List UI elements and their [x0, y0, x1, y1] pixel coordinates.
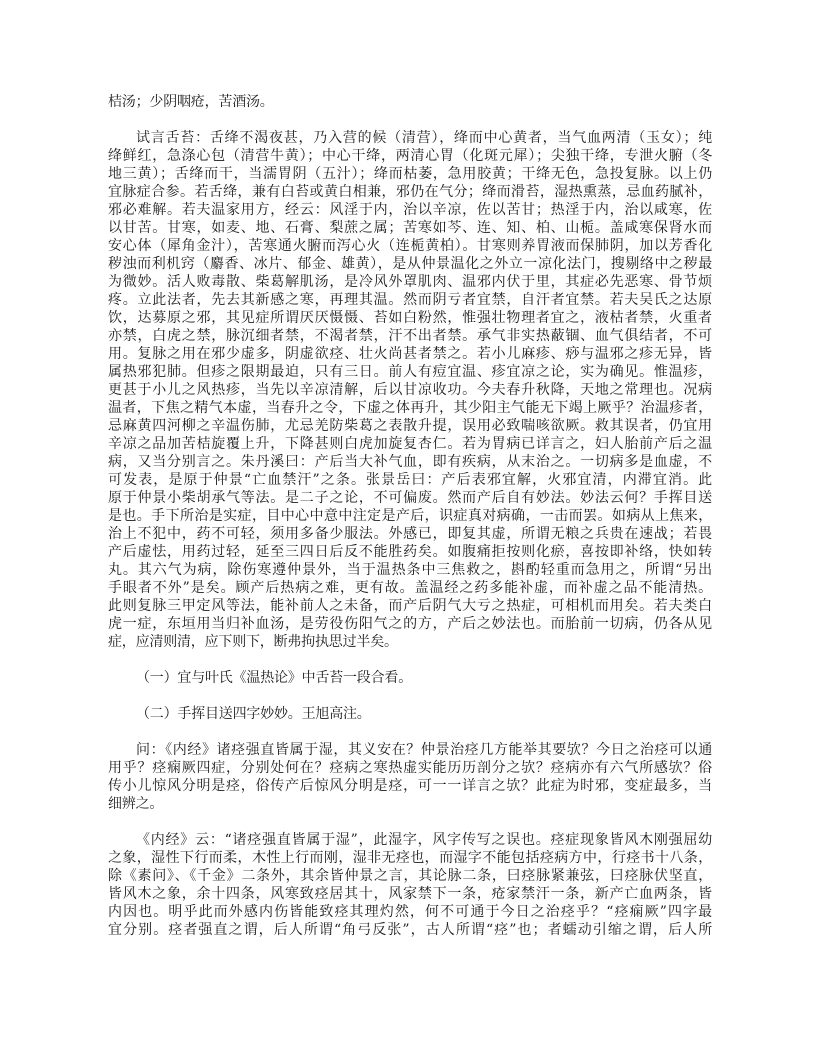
text-line: 辛凉之品加苦桔旋覆上升，下降甚则白虎加旋复杏仁。若为胃病已详言之，妇人胎前产后之… [108, 435, 712, 453]
text-line: 亦禁，白虎之禁，脉沉细者禁，不渴者禁，汗不出者禁。承气非实热蔽锢、血气俱结者，不… [108, 327, 712, 345]
text-line: 用。复脉之用在邪少虚多，阴虚欲痉、壮火尚甚者禁之。若小儿麻疹、痧与温邪之疹无异，… [108, 345, 712, 363]
paragraph-gap [108, 687, 712, 705]
text-line: 温者，下焦之精气本虚，当春升之令，下虚之体再升，其少阳主气能无下竭上厥乎？治温疹… [108, 399, 712, 417]
paragraph-answer: 《内经》云：“诸痉强直皆属于湿”，此湿字，风字传写之误也。痉症现象皆风木刚强屈幼… [108, 831, 712, 939]
text-line: 内因也。明乎此而外感内伤皆能致痉其理灼然，何不可通于今日之治痉乎？“痉痫厥”四字… [108, 903, 712, 921]
text-line: 疼。立此法者，先去其新感之寒，再理其温。然而阴亏者宜禁，自汗者宜禁。若夫吴氏之达… [108, 291, 712, 309]
text-line: 忌麻黄四河柳之辛温伤肺，尤忌羌防柴葛之表散升提，误用必致喘咳欲厥。救其误者，仍宜… [108, 417, 712, 435]
text-line: 属热邪犯肺。但疹之限期最迫，只有三日。前人有痘宜温、疹宜凉之论，实为确见。惟温疹… [108, 363, 712, 381]
document-page: 桔汤；少阴咽疮，苦酒汤。 试言舌苔：舌绛不渴夜甚，乃入营的候（清营），绛而中心黄… [108, 93, 712, 939]
text-line: 皆风木之象，余十四条，风寒致痉居其十，风家禁下一条，疮家禁汗一条，新产亡血两条，… [108, 885, 712, 903]
text-line: 绛鲜红，急涤心包（清营牛黄）；中心干绛，两清心胃（化斑元犀）；尖独干绛，专泄火腑… [108, 147, 712, 165]
text-line: 虎一症，东垣用当归补血汤，是劳役伤阳气之的方，产后之妙法也。而胎前一切病，仍各从… [108, 615, 712, 633]
text-line: 细辨之。 [108, 795, 712, 813]
text-line: （二）手挥目送四字妙妙。王旭高注。 [108, 705, 712, 723]
text-line: 此则复脉三甲定风等法，能补前人之未备，而产后阴气大亏之热症，可相机而用矣。若夫类… [108, 597, 712, 615]
text-line: 以甘苦。甘寒，如麦、地、石膏、梨蔗之属；苦寒如芩、连、知、柏、山栀。盖咸寒保肾水… [108, 219, 712, 237]
text-line: 为微妙。活人败毒散、柴葛解肌汤，是冷风外罩肌肉、温邪内伏于里，其症必先恶寒、骨节… [108, 273, 712, 291]
text-line: 问：《内经》诸痉强直皆属于湿，其义安在？仲景治痉几方能举其要欤？今日之治痉可以通 [108, 741, 712, 759]
text-line: 《内经》云：“诸痉强直皆属于湿”，此湿字，风字传写之误也。痉症现象皆风木刚强屈幼 [108, 831, 712, 849]
text-line: 用乎？痉痫厥四症，分别处何在？痉病之寒热虚实能历历剖分之欤？痉病亦有六气所感欤？… [108, 759, 712, 777]
paragraph-closing-formula: 桔汤；少阴咽疮，苦酒汤。 [108, 93, 712, 111]
paragraph-gap [108, 813, 712, 831]
text-line: 除《素问》、《千金》二条外，其余皆仲景之言，其论脉二条，曰痉脉紧兼弦，曰痉脉伏坚… [108, 867, 712, 885]
text-line: 更甚于小儿之风热疹，当先以辛凉清解，后以甘凉收功。今夫春升秋降，天地之常理也。况… [108, 381, 712, 399]
text-line: 产后虚怯，用药过轻，延至三四日后反不能胜药矣。如腹痛拒按则化瘀，喜按即补络，快如… [108, 543, 712, 561]
text-line: 可发表，是原于仲景“亡血禁汗”之条。张景岳曰：产后表邪宜解，火邪宜清，内滞宜消。… [108, 471, 712, 489]
text-line: 是也。手下所治是实症，目中心中意中注定是产后，识症真对病确，一击而罢。如病从上焦… [108, 507, 712, 525]
text-line: 之象，湿性下行而柔，木性上行而刚，湿非无痉也，而湿字不能包括痉病方中，行痉书十八… [108, 849, 712, 867]
text-line: 手眼者不外”是矣。顾产后热病之难，更有故。盖温经之药多能补虚，而补虚之品不能清热… [108, 579, 712, 597]
text-line: 饮，达募原之邪，其见症所谓厌厌慑慑、苔如白粉然，惟强壮物理者宜之，液枯者禁，火重… [108, 309, 712, 327]
text-line: 宜分别。痉者强直之谓，后人所谓“角弓反张”，古人所谓“痉”也；者蠕动引缩之谓，后… [108, 921, 712, 939]
paragraph-gap [108, 111, 712, 129]
text-line: 病，又当分别言之。朱丹溪曰：产后当大补气血，即有疾病，从末治之。一切病多是血虚，… [108, 453, 712, 471]
footnote-1: （一）宜与叶氏《温热论》中舌苔一段合看。 [108, 669, 712, 687]
text-line: 试言舌苔：舌绛不渴夜甚，乃入营的候（清营），绛而中心黄者，当气血两清（玉女）；纯 [108, 129, 712, 147]
text-line: 安心体（犀角金汁），苦寒通火腑而泻心火（连栀黄柏）。甘寒则养胃液而保肺阴，加以芳… [108, 237, 712, 255]
text-line: 秽浊而利机窍（麝香、冰片、郁金、雄黄），是从仲景温化之外立一凉化法门，搜剔络中之… [108, 255, 712, 273]
text-line: 传小儿惊风分明是痉，俗传产后惊风分明是痉，可一一详言之欤？此症为时邪，变症最多，… [108, 777, 712, 795]
text-line: （一）宜与叶氏《温热论》中舌苔一段合看。 [108, 669, 712, 687]
paragraph-gap [108, 723, 712, 741]
footnote-2: （二）手挥目送四字妙妙。王旭高注。 [108, 705, 712, 723]
paragraph-question: 问：《内经》诸痉强直皆属于湿，其义安在？仲景治痉几方能举其要欤？今日之治痉可以通… [108, 741, 712, 813]
text-line: 症，应清则清，应下则下，断弗拘执思过半矣。 [108, 633, 712, 651]
text-line: 地三黄）；舌绛而干，当濡胃阴（五汁）；绛而枯萎，急用胶黄；干绛无色，急投复脉。以… [108, 165, 712, 183]
text-line: 治上不犯中，药不可轻，须用多备少服法。外感已，即复其虚，所谓无粮之兵贵在速战；若… [108, 525, 712, 543]
text-line: 原于仲景小柴胡承气等法。是二子之论，不可偏废。然而产后自有妙法。妙法云何？手挥目… [108, 489, 712, 507]
text-line: 邪必难解。若夫温家用方，经云：风淫于内，治以辛凉，佐以苦甘；热淫于内，治以咸寒，… [108, 201, 712, 219]
paragraph-gap [108, 651, 712, 669]
text-line: 宜脉症合参。若舌绛，兼有白苔或黄白相兼，邪仍在气分；绛而滑苔，湿热熏蒸，忌血药腻… [108, 183, 712, 201]
text-line: 桔汤；少阴咽疮，苦酒汤。 [108, 93, 712, 111]
text-line: 丸。其六气为病，除伤寒遵仲景外，当于温热条中三焦救之，斟酌轻重而急用之，所谓“另… [108, 561, 712, 579]
paragraph-tongue-coating: 试言舌苔：舌绛不渴夜甚，乃入营的候（清营），绛而中心黄者，当气血两清（玉女）；纯… [108, 129, 712, 651]
